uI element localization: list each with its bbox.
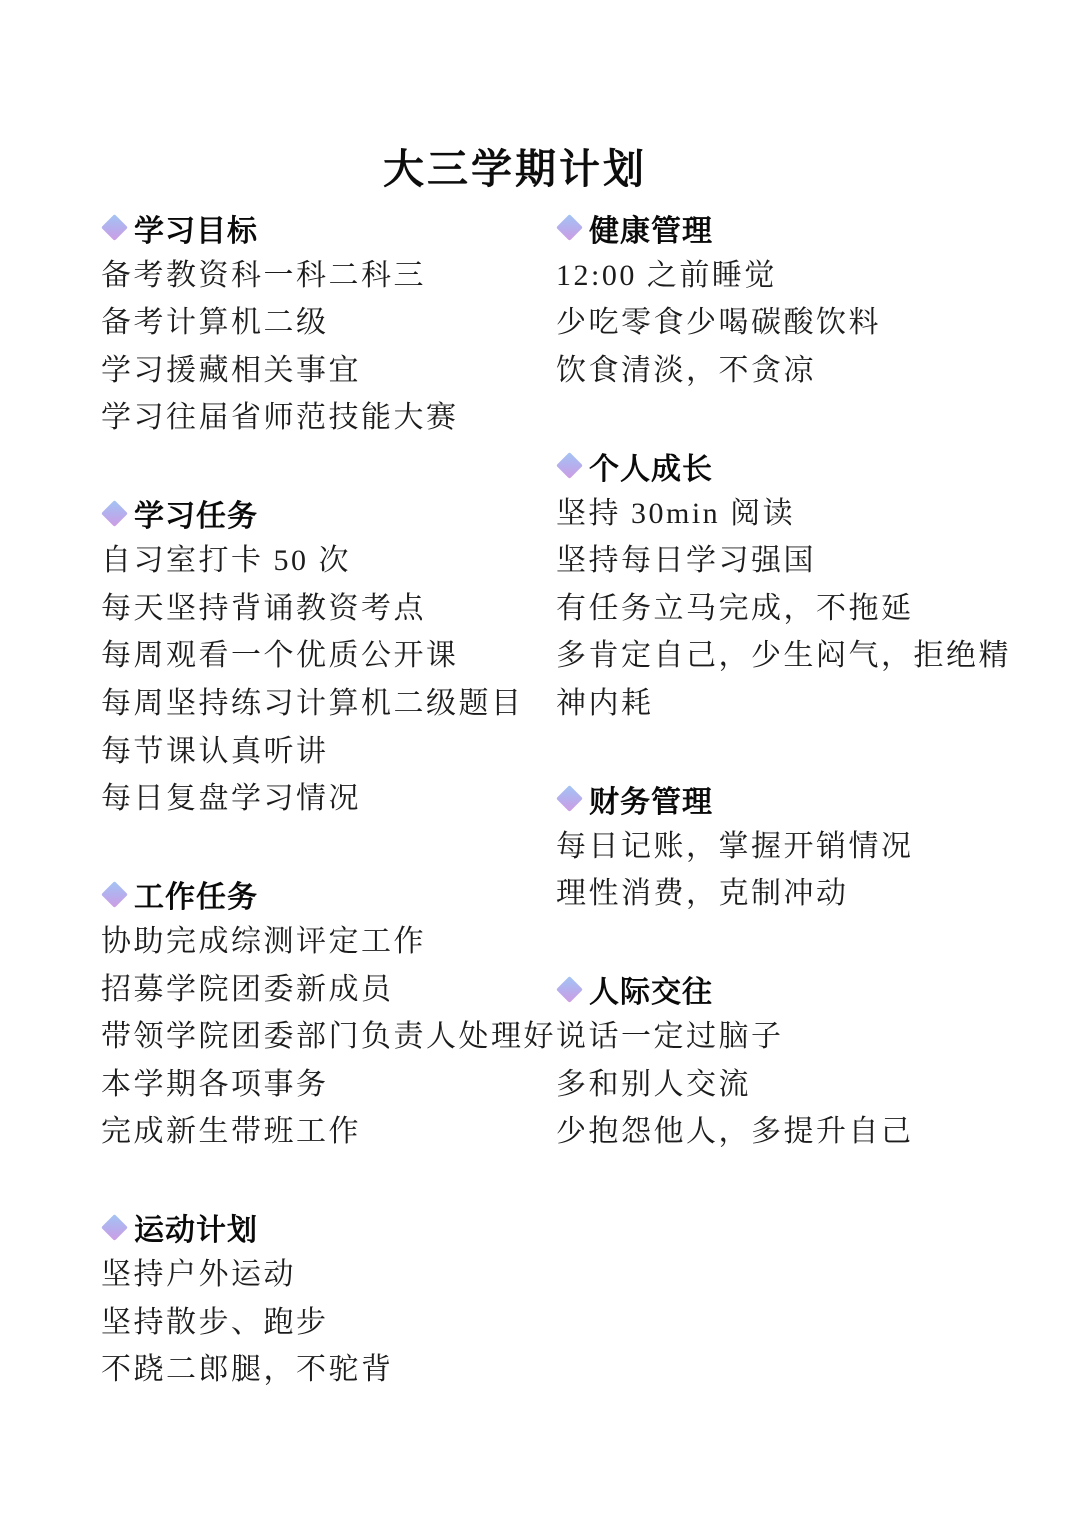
section-title: 工作任务	[134, 872, 258, 916]
body-line: 每天坚持背诵教资考点	[101, 585, 561, 633]
body-line: 学习援藏相关事宜	[101, 347, 561, 395]
section: 健康管理12:00 之前睡觉少吃零食少喝碳酸饮料饮食清淡，不贪凉	[556, 204, 1016, 394]
body-line: 12:00 之前睡觉	[556, 252, 1016, 300]
section-title: 财务管理	[589, 777, 713, 821]
section-header: 运动计划	[101, 1203, 561, 1251]
diamond-icon	[101, 214, 128, 241]
column-right: 健康管理12:00 之前睡觉少吃零食少喝碳酸饮料饮食清淡，不贪凉个人成长坚持 3…	[556, 204, 1016, 1203]
section-header: 个人成长	[556, 442, 1016, 490]
section-header: 财务管理	[556, 775, 1016, 823]
section-header: 学习目标	[101, 204, 561, 252]
body-line: 坚持每日学习强国	[556, 537, 1016, 585]
section: 财务管理每日记账，掌握开销情况理性消费，克制冲动	[556, 775, 1016, 918]
body-line: 多和别人交流	[556, 1061, 1016, 1109]
diamond-icon	[556, 452, 583, 479]
body-line: 每周观看一个优质公开课	[101, 632, 561, 680]
body-line: 坚持 30min 阅读	[556, 490, 1016, 538]
section-title: 学习任务	[134, 491, 258, 535]
body-line: 有任务立马完成，不拖延	[556, 585, 1016, 633]
section: 个人成长坚持 30min 阅读坚持每日学习强国有任务立马完成，不拖延多肯定自己，…	[556, 442, 1016, 728]
body-line: 备考教资科一科二科三	[101, 252, 561, 300]
section: 人际交往说话一定过脑子多和别人交流少抱怨他人，多提升自己	[556, 966, 1016, 1156]
diamond-icon	[101, 881, 128, 908]
section: 工作任务协助完成综测评定工作招募学院团委新成员带领学院团委部门负责人处理好本学期…	[101, 870, 561, 1156]
section-title: 人际交往	[589, 967, 713, 1011]
section-header: 健康管理	[556, 204, 1016, 252]
body-line: 坚持散步、跑步	[101, 1299, 561, 1347]
body-line: 本学期各项事务	[101, 1061, 561, 1109]
body-line: 坚持户外运动	[101, 1251, 561, 1299]
section-header: 工作任务	[101, 870, 561, 918]
document-page: 大三学期计划 学习目标备考教资科一科二科三备考计算机二级学习援藏相关事宜学习往届…	[0, 0, 1080, 1527]
body-line: 协助完成综测评定工作	[101, 918, 561, 966]
page-title: 大三学期计划	[0, 143, 1030, 195]
body-line: 完成新生带班工作	[101, 1108, 561, 1156]
section-title: 学习目标	[134, 206, 258, 250]
body-line: 学习往届省师范技能大赛	[101, 394, 561, 442]
diamond-icon	[556, 214, 583, 241]
diamond-icon	[101, 500, 128, 527]
body-line: 带领学院团委部门负责人处理好	[101, 1013, 561, 1061]
body-line: 多肯定自己，少生闷气，拒绝精	[556, 632, 1016, 680]
section-title: 运动计划	[134, 1205, 258, 1249]
body-line: 每节课认真听讲	[101, 728, 561, 776]
body-line: 备考计算机二级	[101, 299, 561, 347]
section-header: 人际交往	[556, 966, 1016, 1014]
section-title: 健康管理	[589, 206, 713, 250]
diamond-icon	[101, 1214, 128, 1241]
body-line: 每日复盘学习情况	[101, 775, 561, 823]
section-title: 个人成长	[589, 444, 713, 488]
body-line: 不跷二郎腿，不驼背	[101, 1346, 561, 1394]
body-line: 自习室打卡 50 次	[101, 537, 561, 585]
section: 学习目标备考教资科一科二科三备考计算机二级学习援藏相关事宜学习往届省师范技能大赛	[101, 204, 561, 442]
section: 运动计划坚持户外运动坚持散步、跑步不跷二郎腿，不驼背	[101, 1203, 561, 1393]
body-line: 每日记账，掌握开销情况	[556, 823, 1016, 871]
body-line: 饮食清淡，不贪凉	[556, 347, 1016, 395]
body-line: 少抱怨他人，多提升自己	[556, 1108, 1016, 1156]
section-header: 学习任务	[101, 490, 561, 538]
section: 学习任务自习室打卡 50 次每天坚持背诵教资考点每周观看一个优质公开课每周坚持练…	[101, 490, 561, 823]
body-line: 每周坚持练习计算机二级题目	[101, 680, 561, 728]
column-left: 学习目标备考教资科一科二科三备考计算机二级学习援藏相关事宜学习往届省师范技能大赛…	[101, 204, 561, 1441]
body-line: 理性消费，克制冲动	[556, 870, 1016, 918]
body-line: 少吃零食少喝碳酸饮料	[556, 299, 1016, 347]
diamond-icon	[556, 785, 583, 812]
body-line: 说话一定过脑子	[556, 1013, 1016, 1061]
body-line: 招募学院团委新成员	[101, 966, 561, 1014]
diamond-icon	[556, 976, 583, 1003]
body-line: 神内耗	[556, 680, 1016, 728]
